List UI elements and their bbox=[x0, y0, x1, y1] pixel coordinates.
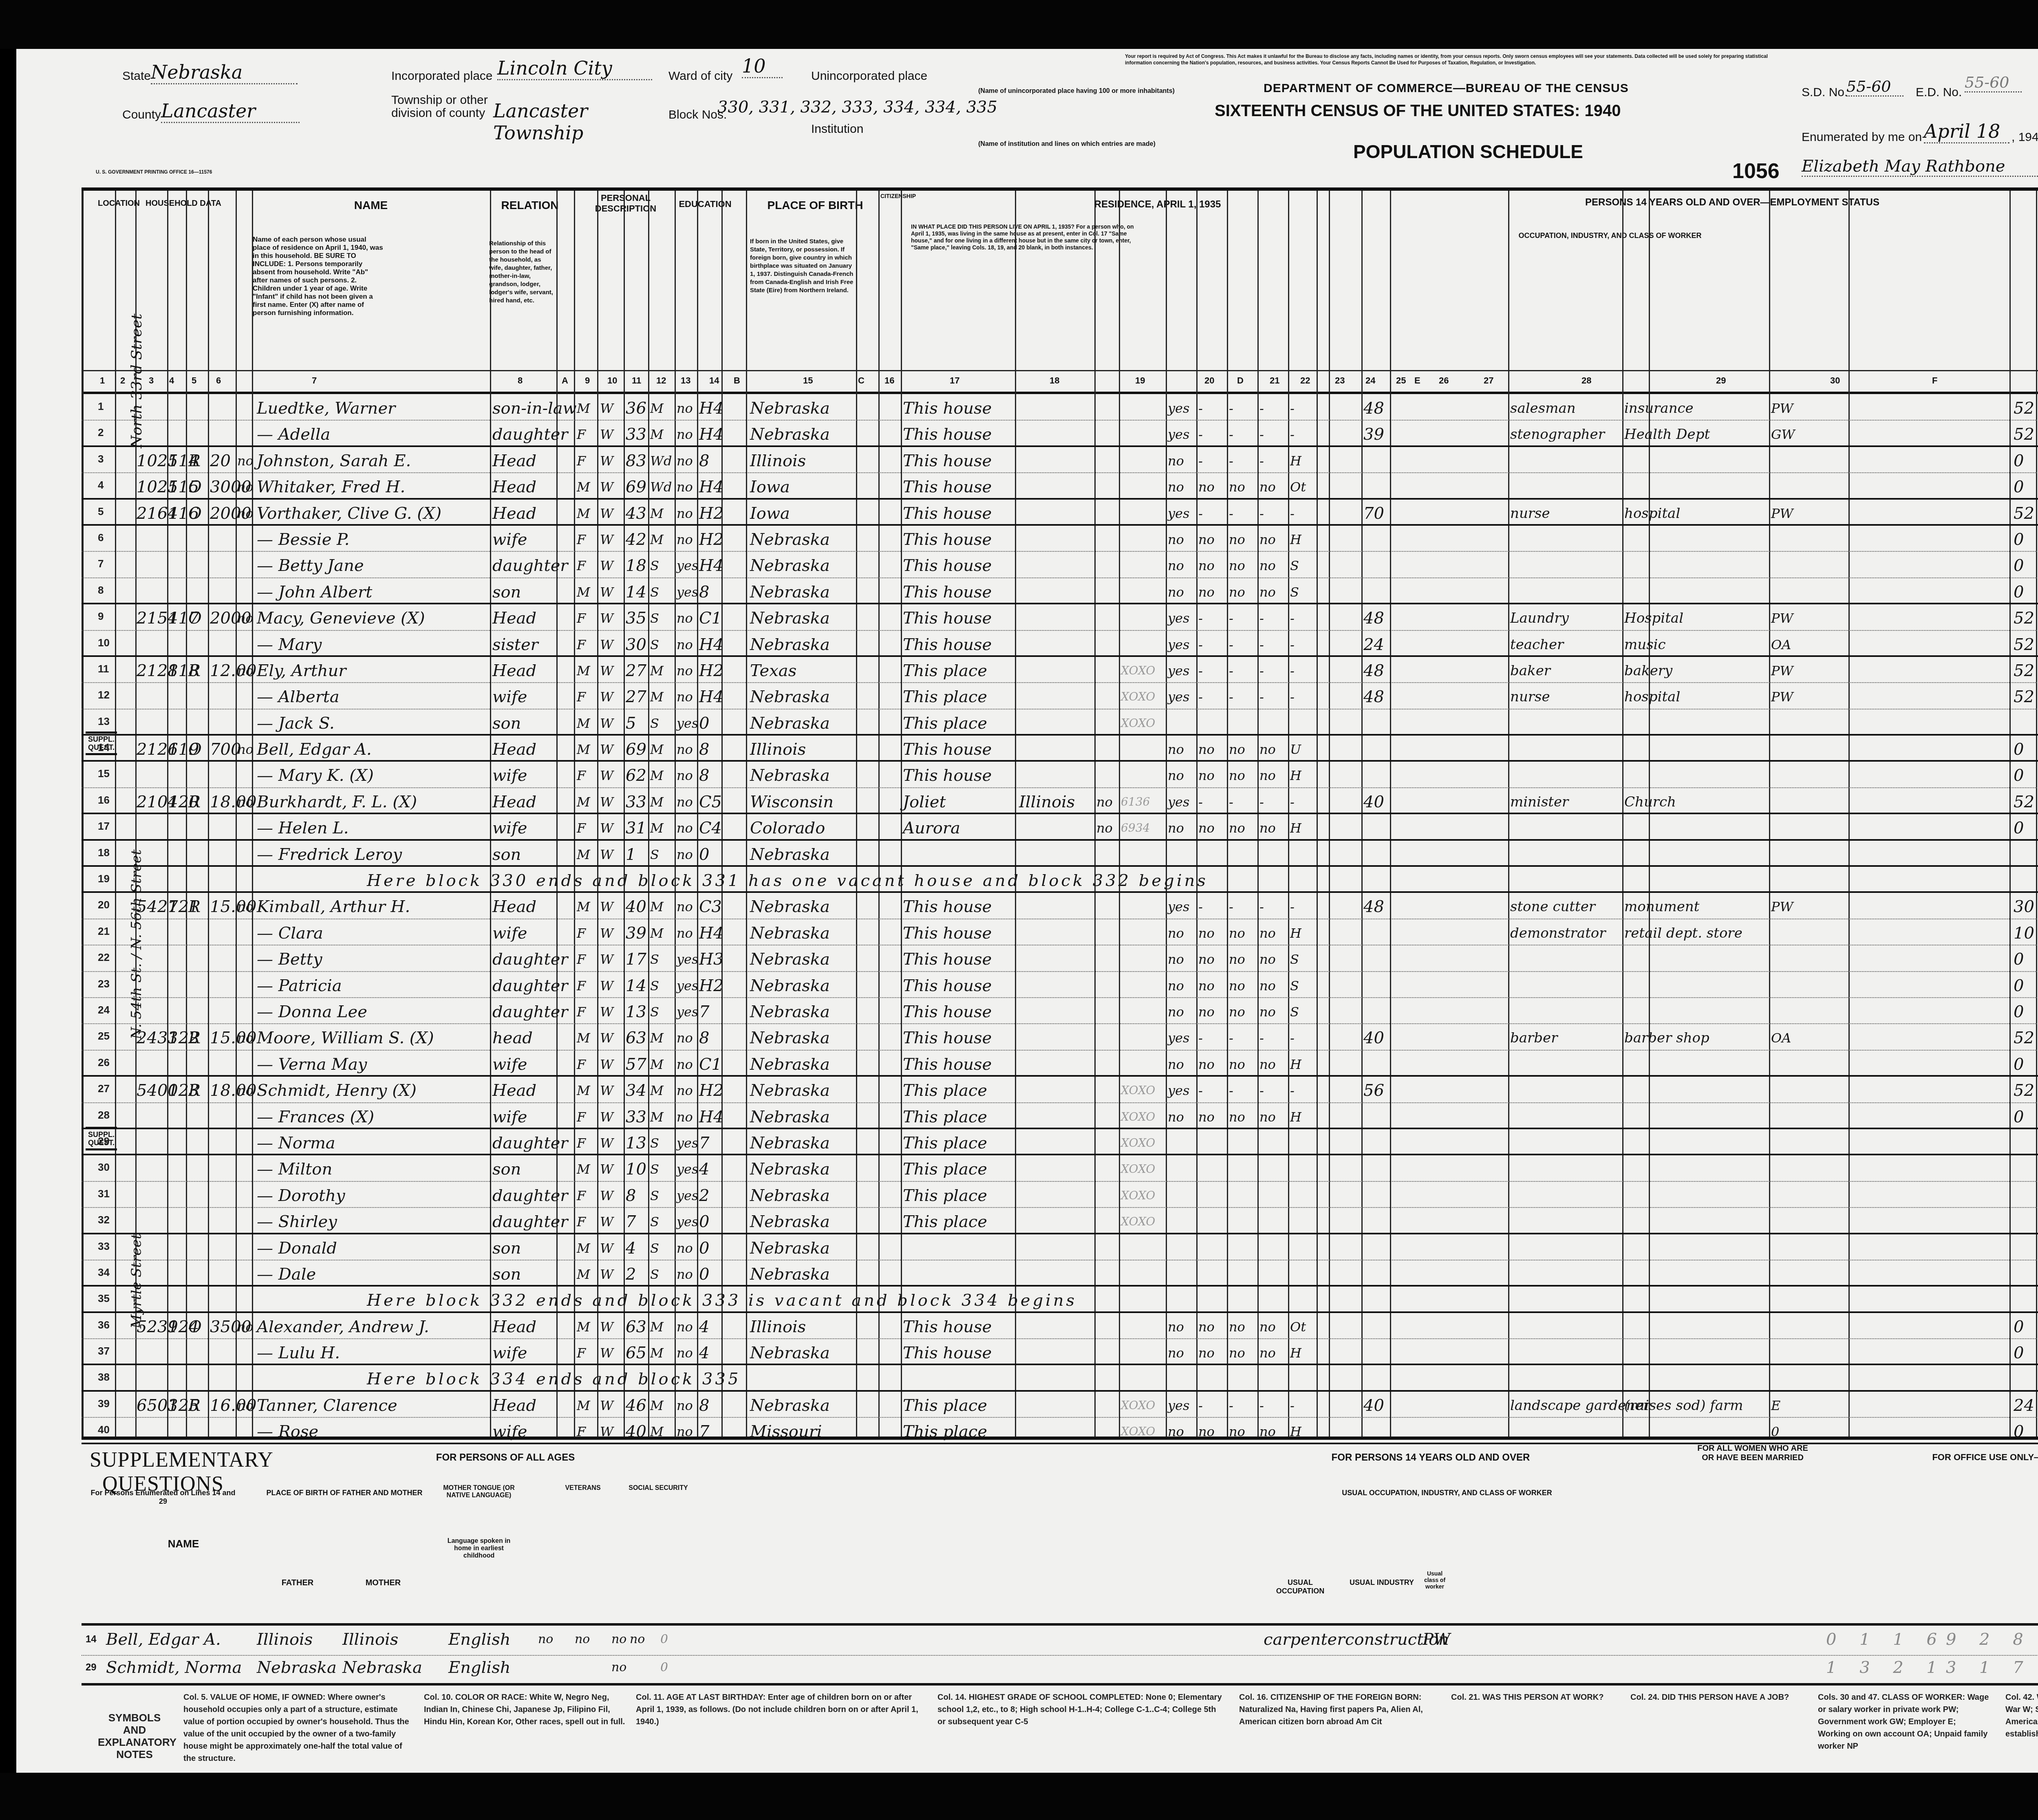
sex: F bbox=[577, 634, 586, 655]
grade-completed: H2 bbox=[699, 660, 723, 681]
has-job: - bbox=[1259, 503, 1264, 524]
age: 39 bbox=[626, 923, 646, 944]
line-number: 10 bbox=[98, 637, 110, 649]
ed-label: E.D. No. bbox=[1916, 86, 1962, 99]
supp-col-father: FATHER bbox=[257, 1578, 338, 1588]
occupation: stone cutter bbox=[1510, 896, 1595, 917]
has-job: - bbox=[1259, 896, 1264, 917]
weeks-worked: 52 bbox=[2014, 634, 2034, 655]
has-job: no bbox=[1259, 739, 1276, 760]
line-number: 5 bbox=[98, 505, 104, 518]
sex: F bbox=[577, 529, 586, 550]
class-of-worker: GW bbox=[1771, 424, 1795, 445]
table-row: 2424— Donna LeedaughterFW13Syes7Nebraska… bbox=[82, 998, 2038, 1024]
line-number: 25 bbox=[98, 1030, 110, 1042]
birthplace: Nebraska bbox=[750, 1395, 830, 1416]
sex: F bbox=[577, 424, 586, 445]
residence-1935: This place bbox=[903, 1211, 987, 1232]
grade-completed: 8 bbox=[699, 1395, 709, 1416]
line-number: 29 bbox=[98, 1135, 110, 1148]
person-name: Ely, Arthur bbox=[257, 660, 346, 681]
table-row: 2323— PatriciadaughterFW14SyesH2Nebraska… bbox=[82, 972, 2038, 998]
birthplace: Nebraska bbox=[750, 1106, 830, 1128]
person-name: — Milton bbox=[257, 1159, 332, 1180]
block-note: Here block 332 ends and block 333 is vac… bbox=[367, 1290, 1077, 1311]
person-name: — Norma bbox=[257, 1133, 335, 1154]
school-attendance: yes bbox=[677, 949, 698, 970]
has-job: - bbox=[1259, 1027, 1264, 1049]
school-attendance: yes bbox=[677, 555, 698, 576]
relation: son bbox=[492, 1159, 521, 1180]
race: W bbox=[600, 1159, 613, 1180]
race: W bbox=[600, 503, 613, 524]
relation: son bbox=[492, 582, 521, 603]
code-d: XOXO bbox=[1121, 660, 1155, 681]
relation: son-in-law bbox=[492, 398, 577, 419]
sex: M bbox=[577, 1159, 590, 1180]
grade-completed: C1 bbox=[699, 608, 722, 629]
emergency-work: - bbox=[1198, 608, 1203, 629]
residence-1935: This house bbox=[903, 896, 992, 917]
sex: M bbox=[577, 713, 590, 734]
activity-code: H bbox=[1290, 450, 1301, 472]
parents-birth-header: PLACE OF BIRTH OF FATHER AND MOTHER bbox=[257, 1489, 432, 1497]
school-attendance: yes bbox=[677, 1211, 698, 1232]
grade-completed: H2 bbox=[699, 529, 723, 550]
school-attendance: no bbox=[677, 739, 693, 760]
person-name: Vorthaker, Clive G. (X) bbox=[257, 503, 441, 524]
relation: Head bbox=[492, 503, 536, 524]
owned-rented: R bbox=[188, 450, 201, 472]
race: W bbox=[600, 844, 613, 865]
veterans-header: VETERANS bbox=[550, 1485, 615, 1492]
unincorporated-note: (Name of unincorporated place having 100… bbox=[978, 88, 1175, 95]
table-row: 3232— ShirleydaughterFW7Syes0NebraskaThi… bbox=[82, 1208, 2038, 1234]
residence-1935: This house bbox=[903, 1027, 992, 1049]
activity-code: H bbox=[1290, 1342, 1301, 1364]
group-all-ages: FOR PERSONS OF ALL AGES bbox=[253, 1452, 758, 1463]
emergency-work: no bbox=[1198, 1054, 1215, 1075]
owned-rented: R bbox=[188, 791, 201, 813]
marital-status: M bbox=[650, 739, 664, 760]
sex: M bbox=[577, 1238, 590, 1259]
person-name: Kimball, Arthur H. bbox=[257, 896, 410, 917]
race: W bbox=[600, 1342, 613, 1364]
usual-occupation-header: USUAL OCCUPATION, INDUSTRY, AND CLASS OF… bbox=[1264, 1489, 1630, 1497]
residence-1935: This place bbox=[903, 1159, 987, 1180]
grade-completed: H4 bbox=[699, 634, 723, 655]
grade-completed: H4 bbox=[699, 1106, 723, 1128]
has-job: no bbox=[1259, 555, 1276, 576]
ward-label: Ward of city bbox=[668, 69, 732, 83]
residence-1935: This place bbox=[903, 1185, 987, 1206]
emergency-work: - bbox=[1198, 686, 1203, 707]
weeks-worked: 0 bbox=[2014, 1054, 2024, 1075]
birthplace: Nebraska bbox=[750, 1027, 830, 1049]
grade-completed: H4 bbox=[699, 424, 723, 445]
emergency-work: - bbox=[1198, 424, 1203, 445]
table-row: 1919Here block 330 ends and block 331 ha… bbox=[82, 867, 2038, 893]
grade-completed: 0 bbox=[699, 713, 709, 734]
birthplace: Nebraska bbox=[750, 844, 830, 865]
person-name: — Bessie P. bbox=[257, 529, 350, 550]
has-job: - bbox=[1259, 398, 1264, 419]
age: 46 bbox=[626, 1395, 646, 1416]
supp-mother: Illinois bbox=[342, 1629, 398, 1650]
birthplace: Nebraska bbox=[750, 1133, 830, 1154]
race: W bbox=[600, 713, 613, 734]
code-d: XOXO bbox=[1121, 686, 1155, 707]
table-row: 3737— Lulu H.wifeFW65Mno4NebraskaThis ho… bbox=[82, 1339, 2038, 1365]
farm: no bbox=[237, 896, 254, 917]
line-number: 7 bbox=[98, 557, 104, 570]
table-row: 2828— Frances (X)wifeFW33MnoH4NebraskaTh… bbox=[82, 1103, 2038, 1129]
line-number: 1 bbox=[98, 400, 104, 413]
occupation: teacher bbox=[1510, 634, 1564, 655]
emergency-work: no bbox=[1198, 739, 1215, 760]
sex: M bbox=[577, 844, 590, 865]
sd-label: S.D. No. bbox=[1802, 86, 1848, 99]
residence-1935: This place bbox=[903, 1133, 987, 1154]
line-number: 35 bbox=[98, 1292, 110, 1305]
school-attendance: yes bbox=[677, 1133, 698, 1154]
person-name: — Jack S. bbox=[257, 713, 335, 734]
activity-code: S bbox=[1290, 949, 1299, 970]
industry: hospital bbox=[1624, 503, 1680, 524]
age: 14 bbox=[626, 975, 646, 996]
school-attendance: no bbox=[677, 686, 693, 707]
line-number: 26 bbox=[98, 1056, 110, 1069]
at-work: no bbox=[1168, 1001, 1184, 1022]
at-work: yes bbox=[1168, 424, 1189, 445]
school-attendance: yes bbox=[677, 713, 698, 734]
person-name: — Adella bbox=[257, 424, 330, 445]
hours-worked: 48 bbox=[1363, 608, 1384, 629]
school-attendance: no bbox=[677, 1054, 693, 1075]
supp-mother: Nebraska bbox=[342, 1657, 422, 1678]
marital-status: S bbox=[650, 1133, 659, 1154]
emergency-work: no bbox=[1198, 949, 1215, 970]
age: 13 bbox=[626, 1001, 646, 1022]
seeking-work: no bbox=[1229, 1054, 1245, 1075]
marital-status: S bbox=[650, 555, 659, 576]
legend-col24: Col. 24. DID THIS PERSON HAVE A JOB? bbox=[1630, 1691, 1802, 1703]
residence-1935: This house bbox=[903, 450, 992, 472]
birthplace: Nebraska bbox=[750, 555, 830, 576]
class-of-worker: PW bbox=[1771, 896, 1793, 917]
at-work: yes bbox=[1168, 660, 1189, 681]
sex: M bbox=[577, 791, 590, 813]
line-number: 12 bbox=[98, 689, 110, 701]
residence-farm: no bbox=[1096, 791, 1113, 813]
relation: head bbox=[492, 1027, 533, 1049]
marital-status: S bbox=[650, 634, 659, 655]
race: W bbox=[600, 555, 613, 576]
line-number: 20 bbox=[98, 899, 110, 911]
relation: daughter bbox=[492, 949, 568, 970]
school-attendance: no bbox=[677, 1342, 693, 1364]
occupation: barber bbox=[1510, 1027, 1557, 1049]
race: W bbox=[600, 1054, 613, 1075]
at-work: no bbox=[1168, 1106, 1184, 1128]
table-row: 11Luedtke, Warnerson-in-lawMW36MnoH4Nebr… bbox=[82, 394, 2038, 421]
school-attendance: no bbox=[677, 923, 693, 944]
home-value: 20 bbox=[210, 450, 231, 472]
school-attendance: no bbox=[677, 791, 693, 813]
code-d: XOXO bbox=[1121, 1106, 1155, 1128]
sex: M bbox=[577, 739, 590, 760]
person-name: Moore, William S. (X) bbox=[257, 1027, 434, 1049]
marital-status: S bbox=[650, 713, 659, 734]
seeking-work: no bbox=[1229, 765, 1245, 786]
farm: no bbox=[237, 608, 254, 629]
has-job: no bbox=[1259, 1106, 1276, 1128]
industry: retail dept. store bbox=[1624, 923, 1742, 944]
person-name: — Dorothy bbox=[257, 1185, 345, 1206]
person-name: — Shirley bbox=[257, 1211, 337, 1232]
has-job: no bbox=[1259, 817, 1276, 839]
block-note: Here block 330 ends and block 331 has on… bbox=[367, 870, 1208, 891]
grade-completed: 4 bbox=[699, 1316, 709, 1337]
class-of-worker: PW bbox=[1771, 686, 1793, 707]
farm: no bbox=[237, 791, 254, 813]
relation: wife bbox=[492, 529, 527, 550]
school-attendance: no bbox=[677, 503, 693, 524]
residence-1935: Joliet bbox=[903, 791, 946, 813]
seeking-work: - bbox=[1229, 634, 1233, 655]
age: 7 bbox=[626, 1211, 636, 1232]
activity-code: - bbox=[1290, 1027, 1295, 1049]
age: 10 bbox=[626, 1159, 646, 1180]
farm: no bbox=[237, 1080, 254, 1101]
hours-worked: 40 bbox=[1363, 1395, 1384, 1416]
birthplace: Nebraska bbox=[750, 634, 830, 655]
sex: M bbox=[577, 582, 590, 603]
group-women: FOR ALL WOMEN WHO ARE OR HAVE BEEN MARRI… bbox=[1692, 1444, 1814, 1463]
marital-status: S bbox=[650, 582, 659, 603]
weeks-worked: 10 bbox=[2014, 923, 2034, 944]
grade-completed: H4 bbox=[699, 686, 723, 707]
birthplace: Illinois bbox=[750, 450, 806, 472]
hours-worked: 48 bbox=[1363, 660, 1384, 681]
activity-code: - bbox=[1290, 398, 1295, 419]
residence-1935: This house bbox=[903, 949, 992, 970]
stamp-number: 1056 bbox=[1732, 159, 1780, 183]
line-number: 4 bbox=[98, 479, 104, 491]
schedule-title: POPULATION SCHEDULE bbox=[1353, 141, 1583, 163]
grade-completed: H3 bbox=[699, 949, 723, 970]
age: 33 bbox=[626, 1106, 646, 1128]
incorporated-place-value: Lincoln City bbox=[497, 57, 652, 80]
school-attendance: yes bbox=[677, 1185, 698, 1206]
table-row: 16162104120R18.00noBurkhardt, F. L. (X)H… bbox=[82, 788, 2038, 814]
race: W bbox=[600, 1238, 613, 1259]
mother-tongue-header: MOTHER TONGUE (OR NATIVE LANGUAGE) bbox=[440, 1485, 518, 1499]
person-name: — Alberta bbox=[257, 686, 340, 707]
line-number: 6 bbox=[98, 531, 104, 544]
activity-code: U bbox=[1290, 739, 1301, 760]
residence-1935: This house bbox=[903, 1054, 992, 1075]
activity-code: H bbox=[1290, 1106, 1301, 1128]
school-attendance: no bbox=[677, 424, 693, 445]
has-job: - bbox=[1259, 450, 1264, 472]
birthplace: Nebraska bbox=[750, 1211, 830, 1232]
school-attendance: no bbox=[677, 1395, 693, 1416]
owned-rented: R bbox=[188, 1080, 201, 1101]
race: W bbox=[600, 923, 613, 944]
seeking-work: - bbox=[1229, 1080, 1233, 1101]
has-job: - bbox=[1259, 791, 1264, 813]
legend-title: SYMBOLS AND EXPLANATORY NOTES bbox=[98, 1712, 171, 1761]
person-name: — Lulu H. bbox=[257, 1342, 340, 1364]
race: W bbox=[600, 765, 613, 786]
at-work: no bbox=[1168, 529, 1184, 550]
activity-code: - bbox=[1290, 1395, 1295, 1416]
marital-status: Wd bbox=[650, 476, 672, 498]
residence-1935: This place bbox=[903, 1080, 987, 1101]
grade-completed: 2 bbox=[699, 1185, 709, 1206]
marital-status: M bbox=[650, 529, 664, 550]
block-numbers: 330, 331, 332, 333, 334, 334, 335 bbox=[717, 98, 1043, 117]
has-job: - bbox=[1259, 634, 1264, 655]
sd-number: 55-60 bbox=[1846, 77, 1903, 97]
code-d: XOXO bbox=[1121, 1185, 1155, 1206]
occupation: salesman bbox=[1510, 398, 1576, 419]
industry: barber shop bbox=[1624, 1027, 1709, 1049]
grade-completed: C5 bbox=[699, 791, 722, 813]
sex: F bbox=[577, 1342, 586, 1364]
at-work: no bbox=[1168, 582, 1184, 603]
has-job: no bbox=[1259, 975, 1276, 996]
enumerated-date: April 18 bbox=[1924, 120, 2009, 143]
sex: M bbox=[577, 1395, 590, 1416]
birthplace: Iowa bbox=[750, 503, 790, 524]
census-title: SIXTEENTH CENSUS OF THE UNITED STATES: 1… bbox=[1215, 102, 1621, 120]
relation: daughter bbox=[492, 1185, 568, 1206]
sex: F bbox=[577, 1211, 586, 1232]
at-work: no bbox=[1168, 817, 1184, 839]
grade-completed: C1 bbox=[699, 1054, 722, 1075]
emergency-work: no bbox=[1198, 555, 1215, 576]
seeking-work: - bbox=[1229, 398, 1233, 419]
person-name: Tanner, Clarence bbox=[257, 1395, 397, 1416]
population-table: 11Luedtke, Warnerson-in-lawMW36MnoH4Nebr… bbox=[82, 394, 2038, 1444]
residence-1935: This house bbox=[903, 582, 992, 603]
industry: Health Dept bbox=[1624, 424, 1710, 445]
farm: no bbox=[237, 450, 254, 472]
race: W bbox=[600, 739, 613, 760]
table-row: 2121— ClarawifeFW39MnoH4NebraskaThis hou… bbox=[82, 919, 2038, 945]
relation: Head bbox=[492, 1080, 536, 1101]
industry: (raises sod) farm bbox=[1624, 1395, 1743, 1416]
age: 36 bbox=[626, 398, 646, 419]
weeks-worked: 24 bbox=[2014, 1395, 2034, 1416]
activity-code: S bbox=[1290, 1001, 1299, 1022]
residence-farm: no bbox=[1096, 817, 1113, 839]
at-work: no bbox=[1168, 555, 1184, 576]
residence-1935: This house bbox=[903, 765, 992, 786]
supp-subtitle: For Persons Enumerated on Lines 14 and 2… bbox=[90, 1489, 236, 1506]
farm: no bbox=[237, 660, 254, 681]
age: 4 bbox=[626, 1238, 636, 1259]
residence-1935: This house bbox=[903, 529, 992, 550]
line-number: 9 bbox=[98, 610, 104, 623]
code-d: XOXO bbox=[1121, 713, 1155, 734]
seeking-work: no bbox=[1229, 476, 1245, 498]
weeks-worked: 0 bbox=[2014, 975, 2024, 996]
birthplace: Nebraska bbox=[750, 1080, 830, 1101]
relation: son bbox=[492, 1264, 521, 1285]
printing-office: U. S. GOVERNMENT PRINTING OFFICE 16—1157… bbox=[96, 169, 212, 175]
at-work: yes bbox=[1168, 503, 1189, 524]
activity-code: - bbox=[1290, 634, 1295, 655]
has-job: no bbox=[1259, 949, 1276, 970]
marital-status: M bbox=[650, 503, 664, 524]
hours-worked: 48 bbox=[1363, 896, 1384, 917]
weeks-worked: 0 bbox=[2014, 450, 2024, 472]
birthplace: Nebraska bbox=[750, 582, 830, 603]
birthplace: Nebraska bbox=[750, 949, 830, 970]
relation: wife bbox=[492, 1106, 527, 1128]
at-work: no bbox=[1168, 1342, 1184, 1364]
birthplace: Wisconsin bbox=[750, 791, 834, 813]
person-name: — Fredrick Leroy bbox=[257, 844, 402, 865]
birthplace: Nebraska bbox=[750, 1342, 830, 1364]
weeks-worked: 52 bbox=[2014, 503, 2034, 524]
sex: F bbox=[577, 765, 586, 786]
weeks-worked: 52 bbox=[2014, 791, 2034, 813]
sex: M bbox=[577, 1027, 590, 1049]
school-attendance: no bbox=[677, 1106, 693, 1128]
age: 17 bbox=[626, 949, 646, 970]
activity-code: - bbox=[1290, 686, 1295, 707]
race: W bbox=[600, 1080, 613, 1101]
race: W bbox=[600, 450, 613, 472]
sex: M bbox=[577, 1080, 590, 1101]
residence-1935: This house bbox=[903, 398, 992, 419]
emergency-work: - bbox=[1198, 660, 1203, 681]
at-work: yes bbox=[1168, 1027, 1189, 1049]
age: 43 bbox=[626, 503, 646, 524]
emergency-work: - bbox=[1198, 791, 1203, 813]
birthplace: Nebraska bbox=[750, 1238, 830, 1259]
residence-1935: This place bbox=[903, 686, 987, 707]
age: 63 bbox=[626, 1027, 646, 1049]
relation: Head bbox=[492, 608, 536, 629]
township-value: Lancaster Township bbox=[493, 100, 648, 144]
residence-1935: This house bbox=[903, 555, 992, 576]
weeks-worked: 0 bbox=[2014, 949, 2024, 970]
owned-rented: R bbox=[188, 660, 201, 681]
emergency-work: - bbox=[1198, 1080, 1203, 1101]
farm: no bbox=[237, 739, 254, 760]
age: 33 bbox=[626, 424, 646, 445]
marital-status: M bbox=[650, 1027, 664, 1049]
relation: wife bbox=[492, 923, 527, 944]
person-name: — Donald bbox=[257, 1238, 337, 1259]
grade-completed: H4 bbox=[699, 476, 723, 498]
school-attendance: no bbox=[677, 844, 693, 865]
relation: Head bbox=[492, 1316, 536, 1337]
age: 69 bbox=[626, 476, 646, 498]
table-row: 25252433122R15.00noMoore, William S. (X)… bbox=[82, 1024, 2038, 1050]
county-label: County bbox=[122, 108, 161, 122]
seeking-work: no bbox=[1229, 1342, 1245, 1364]
has-job: no bbox=[1259, 923, 1276, 944]
supp-col-name: NAME bbox=[122, 1538, 245, 1550]
institution-label: Institution bbox=[811, 122, 863, 136]
marital-status: S bbox=[650, 1238, 659, 1259]
